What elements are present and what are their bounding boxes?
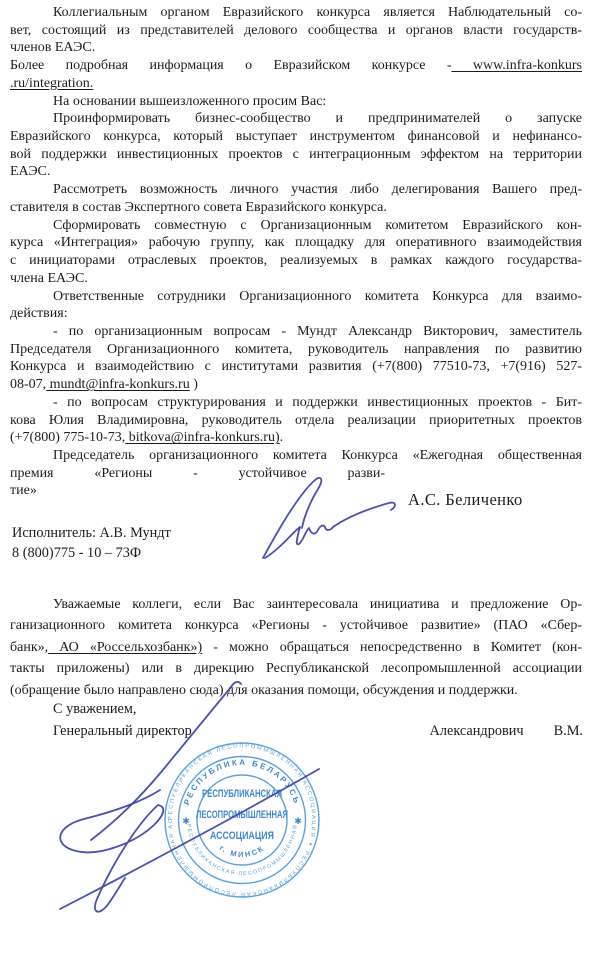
text-line: банк», АО «Россельхозбанк») - можно обра…	[10, 637, 582, 658]
letter-first-body: Коллегиальным органом Евразийского конку…	[10, 4, 582, 500]
executor-name: Исполнитель: А.В. Мундт	[12, 524, 171, 544]
text-run: действия:	[10, 306, 68, 321]
text-line: вет, состоящий из представителей деловог…	[10, 22, 582, 40]
text-line: Проинформировать бизнес-сообщество и пре…	[10, 110, 582, 128]
text-run: ставителя в состав Экспертного совета Ев…	[10, 200, 387, 215]
text-line: кова Юлия Владимировна, руководитель отд…	[10, 412, 582, 430]
text-line: Ответственные сотрудники Организационног…	[10, 288, 582, 306]
text-line: Рассмотреть возможность личного участия …	[10, 181, 582, 199]
text-line: Сформировать совместную с Организационны…	[10, 217, 582, 235]
text-run: .	[280, 430, 284, 445]
text-run: (+7(800) 775-10-73,	[10, 430, 125, 445]
scanned-letter-page: { "page": { "background": "#ffffff", "te…	[0, 0, 591, 960]
letter-page: Коллегиальным органом Евразийского конку…	[0, 0, 591, 960]
text-run: Проинформировать бизнес-сообщество и пре…	[53, 111, 582, 126]
text-line: Конкурса и взаимодействию с институтами …	[10, 358, 582, 376]
text-line: членов ЕАЭС.	[10, 39, 582, 57]
text-line: На основании вышеизложенного просим Вас:	[10, 93, 582, 111]
signature-stroke	[263, 478, 321, 558]
text-run: курса «Интеграция» рабочую группу, как п…	[10, 235, 582, 250]
text-line: Председателя Организационного комитета, …	[10, 341, 582, 359]
text-line: действия:	[10, 305, 582, 323]
text-run: Сформировать совместную с Организационны…	[53, 218, 582, 233]
text-line: Председатель организационного комитета К…	[10, 447, 582, 465]
text-line: вой поддержки инвестиционных проектов с …	[10, 146, 582, 164]
text-run: вет, состоящий из представителей деловог…	[10, 23, 582, 38]
signature-director	[40, 672, 340, 932]
link-text[interactable]: .ru/integration.	[10, 76, 93, 91]
text-run: Коллегиальным органом Евразийского конку…	[53, 5, 582, 20]
signature-stroke	[60, 790, 163, 912]
link-text[interactable]: АО «Россельхозбанк»)	[48, 640, 202, 655]
text-run: Более подробная информация о Евразийском…	[10, 58, 452, 73]
signature-stroke	[333, 503, 395, 527]
text-run: Конкурса и взаимодействию с институтами …	[10, 359, 582, 374]
executor-phone: 8 (800)775 - 10 – 73Ф	[12, 544, 171, 564]
text-line: (+7(800) 775-10-73, bitkova@infra-konkur…	[10, 429, 582, 447]
text-line: с инициаторами отраслевых проектов, реал…	[10, 252, 582, 270]
text-line: ЕАЭС.	[10, 163, 582, 181]
text-run: На основании вышеизложенного просим Вас:	[53, 94, 326, 109]
text-run: тие»	[10, 483, 37, 498]
text-run: членов ЕАЭС.	[10, 40, 95, 55]
text-line: Уважаемые коллеги, если Вас заинтересова…	[10, 594, 582, 615]
closing-surname: Александрович	[430, 721, 524, 743]
text-line: Евразийского конкурса, который выступает…	[10, 128, 582, 146]
signature-stroke	[60, 769, 319, 909]
text-line: члена ЕАЭС.	[10, 270, 582, 288]
text-run: - по организационным вопросам - Мундт Ал…	[53, 324, 582, 339]
text-run: 08-07,	[10, 377, 46, 392]
text-line: Коллегиальным органом Евразийского конку…	[10, 4, 582, 22]
text-run: Уважаемые коллеги, если Вас заинтересова…	[53, 597, 582, 612]
text-run: ЕАЭС.	[10, 164, 50, 179]
signature-stroke	[265, 526, 333, 558]
closing-signer: Александрович В.М.	[430, 721, 583, 743]
signature-belichenko	[253, 470, 403, 570]
signatory-name: А.С. Беличенко	[408, 490, 523, 510]
text-line: Более подробная информация о Евразийском…	[10, 57, 582, 75]
text-line: ставителя в состав Экспертного совета Ев…	[10, 199, 582, 217]
text-run: Ответственные сотрудники Организационног…	[53, 289, 582, 304]
link-text[interactable]: www.infra-konkurs	[452, 58, 583, 73]
text-line: .ru/integration.	[10, 75, 582, 93]
link-text[interactable]: bitkova@infra-konkurs.ru)	[125, 430, 279, 445]
closing-initials: В.М.	[554, 721, 583, 743]
text-run: кова Юлия Владимировна, руководитель отд…	[10, 413, 582, 428]
text-run: члена ЕАЭС.	[10, 271, 88, 286]
text-run: Председатель организационного комитета К…	[53, 448, 582, 463]
text-line: 08-07, mundt@infra-konkurs.ru )	[10, 376, 582, 394]
text-run: )	[190, 377, 198, 392]
text-run: - по вопросам структурирования и поддерж…	[53, 395, 582, 410]
text-run: Евразийского конкурса, который выступает…	[10, 129, 582, 144]
text-line: ганизационного комитета конкурса «Регион…	[10, 615, 582, 636]
executor-block: Исполнитель: А.В. Мундт 8 (800)775 - 10 …	[12, 524, 171, 563]
text-run: Рассмотреть возможность личного участия …	[53, 182, 582, 197]
text-run: ганизационного комитета конкурса «Регион…	[10, 618, 582, 633]
text-run: - можно обращаться непосредственно в Ком…	[202, 640, 582, 655]
signature-stroke	[91, 682, 241, 840]
text-run: банк»,	[10, 640, 48, 655]
text-line: - по организационным вопросам - Мундт Ал…	[10, 323, 582, 341]
text-line: - по вопросам структурирования и поддерж…	[10, 394, 582, 412]
text-run: Председателя Организационного комитета, …	[10, 342, 582, 357]
text-line: курса «Интеграция» рабочую группу, как п…	[10, 234, 582, 252]
text-run: вой поддержки инвестиционных проектов с …	[10, 147, 582, 162]
link-text[interactable]: mundt@infra-konkurs.ru	[46, 377, 190, 392]
text-run: с инициаторами отраслевых проектов, реал…	[10, 253, 582, 268]
